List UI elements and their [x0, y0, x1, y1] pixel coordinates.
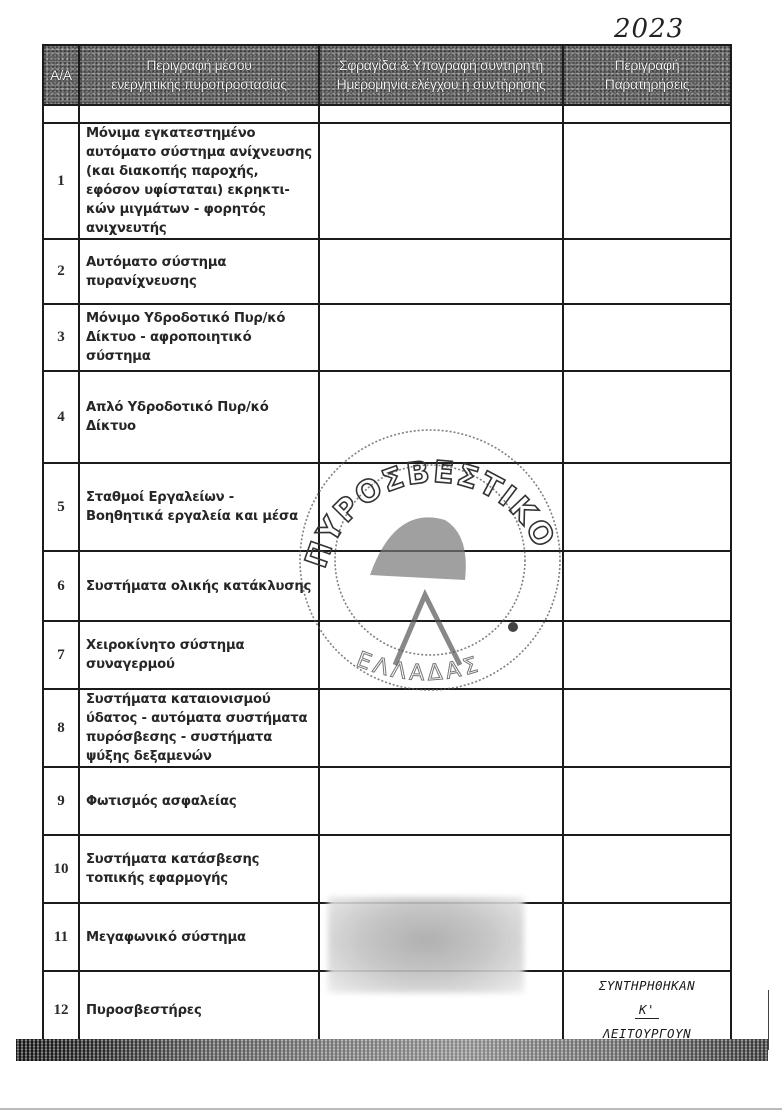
row-description: Πυροσβεστήρες — [79, 971, 319, 1049]
scan-bottom-edge — [0, 1108, 782, 1110]
scan-edge — [768, 990, 769, 1050]
row-stamp-signature-field[interactable] — [319, 835, 563, 903]
spacer-cell — [563, 105, 731, 123]
row-remarks-field[interactable] — [563, 689, 731, 767]
header-stamp-line1: Σφραγίδα & Υπογραφή συντηρητή — [320, 56, 562, 75]
row-remarks-field[interactable] — [563, 239, 731, 304]
row-remarks-field[interactable] — [563, 371, 731, 463]
table-row: 1Μόνιμα εγκατεστημένο αυτόματο σύστημα α… — [43, 123, 731, 239]
row-description: Μόνιμα εγκατεστημένο αυτόματο σύστημα αν… — [79, 123, 319, 239]
table-row: 10Συστήματα κατάσβεσης τοπικής εφαρμογής — [43, 835, 731, 903]
row-description: Φωτισμός ασφαλείας — [79, 767, 319, 835]
row-stamp-signature-field[interactable] — [319, 463, 563, 551]
row-number: 2 — [43, 239, 79, 304]
row-remarks-field[interactable] — [563, 903, 731, 971]
row-stamp-signature-field[interactable] — [319, 239, 563, 304]
row-number: 9 — [43, 767, 79, 835]
header-remarks-line2: Παρατηρήσεις — [564, 75, 730, 94]
header-remarks-line1: Περιγραφή — [564, 56, 730, 75]
row-remarks-field[interactable]: ΣΥΝΤΗΡΗΘΗΚΑΝΚ'ΛΕΙΤΟΥΡΓΟΥΝ — [563, 971, 731, 1049]
row-number: 8 — [43, 689, 79, 767]
row-number: 5 — [43, 463, 79, 551]
table-row: 5Σταθμοί Εργαλείων - Βοηθητικά εργαλεία … — [43, 463, 731, 551]
row-stamp-signature-field[interactable] — [319, 689, 563, 767]
row-stamp-signature-field[interactable] — [319, 304, 563, 371]
row-remarks-field[interactable] — [563, 123, 731, 239]
row-remarks-field[interactable] — [563, 621, 731, 689]
row-description: Συστήματα ολικής κατάκλυσης — [79, 551, 319, 621]
row-number: 10 — [43, 835, 79, 903]
handwritten-line: ΣΥΝΤΗΡΗΘΗΚΑΝ — [564, 974, 730, 998]
row-description: Μεγαφωνικό σύστημα — [79, 903, 319, 971]
row-number: 4 — [43, 371, 79, 463]
row-number: 3 — [43, 304, 79, 371]
header-description-line2: ενεργητικής πυροπροστασίας — [80, 75, 318, 94]
row-stamp-signature-field[interactable] — [319, 621, 563, 689]
handwritten-conjunction: Κ' — [635, 1002, 659, 1019]
row-number: 12 — [43, 971, 79, 1049]
row-remarks-field[interactable] — [563, 551, 731, 621]
redacted-signature — [328, 897, 524, 993]
table-row: 6Συστήματα ολικής κατάκλυσης — [43, 551, 731, 621]
spacer-cell — [43, 105, 79, 123]
handwritten-remark: ΣΥΝΤΗΡΗΘΗΚΑΝΚ'ΛΕΙΤΟΥΡΓΟΥΝ — [564, 974, 730, 1046]
header-stamp: Σφραγίδα & Υπογραφή συντηρητή Ημερομηνία… — [319, 45, 563, 105]
row-description: Συστήματα καταιονισμού ύδατος - αυτόματα… — [79, 689, 319, 767]
table-row: 7Χειροκίνητο σύστημα συναγερμού — [43, 621, 731, 689]
scan-artifact-band — [16, 1039, 768, 1061]
header-aa: Α/Α — [43, 45, 79, 105]
table-header-row: Α/Α Περιγραφή μέσου ενεργητικής πυροπροσ… — [43, 45, 731, 105]
row-remarks-field[interactable] — [563, 767, 731, 835]
header-stamp-line2: Ημερομηνία ελέγχου ή συντήρησης — [320, 75, 562, 94]
row-stamp-signature-field[interactable] — [319, 551, 563, 621]
row-description: Σταθμοί Εργαλείων - Βοηθητικά εργαλεία κ… — [79, 463, 319, 551]
year-annotation: 2023 — [614, 14, 684, 44]
row-number: 11 — [43, 903, 79, 971]
row-remarks-field[interactable] — [563, 304, 731, 371]
header-description-line1: Περιγραφή μέσου — [80, 56, 318, 75]
row-stamp-signature-field[interactable] — [319, 123, 563, 239]
row-description: Μόνιμο Υδροδοτικό Πυρ/κό Δίκτυο - αφροπο… — [79, 304, 319, 371]
row-number: 6 — [43, 551, 79, 621]
handwritten-line: Κ' — [564, 998, 730, 1022]
spacer-row — [43, 105, 731, 123]
row-number: 1 — [43, 123, 79, 239]
row-description: Απλό Υδροδοτικό Πυρ/κό Δίκτυο — [79, 371, 319, 463]
row-stamp-signature-field[interactable] — [319, 371, 563, 463]
table-row: 8Συστήματα καταιονισμού ύδατος - αυτόματ… — [43, 689, 731, 767]
row-number: 7 — [43, 621, 79, 689]
row-description: Αυτόματο σύστημα πυρανίχνευσης — [79, 239, 319, 304]
table-row: 2Αυτόματο σύστημα πυρανίχνευσης — [43, 239, 731, 304]
header-description: Περιγραφή μέσου ενεργητικής πυροπροστασί… — [79, 45, 319, 105]
table-row: 4Απλό Υδροδοτικό Πυρ/κό Δίκτυο — [43, 371, 731, 463]
row-description: Συστήματα κατάσβεσης τοπικής εφαρμογής — [79, 835, 319, 903]
spacer-cell — [319, 105, 563, 123]
header-remarks: Περιγραφή Παρατηρήσεις — [563, 45, 731, 105]
spacer-cell — [79, 105, 319, 123]
table-row: 3Μόνιμο Υδροδοτικό Πυρ/κό Δίκτυο - αφροπ… — [43, 304, 731, 371]
row-remarks-field[interactable] — [563, 463, 731, 551]
row-description: Χειροκίνητο σύστημα συναγερμού — [79, 621, 319, 689]
row-stamp-signature-field[interactable] — [319, 767, 563, 835]
row-remarks-field[interactable] — [563, 835, 731, 903]
table-row: 9Φωτισμός ασφαλείας — [43, 767, 731, 835]
